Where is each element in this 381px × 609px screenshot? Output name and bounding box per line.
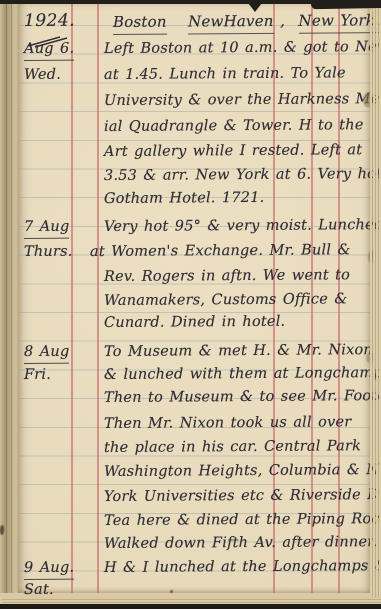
entry-day: Fri. <box>24 366 51 385</box>
binding-edge <box>0 4 18 593</box>
diary-line: at Women's Exchange. Mr. Bull & <box>90 241 351 262</box>
diary-line: Gotham Hotel. 1721. <box>104 189 265 209</box>
diary-line: Left Boston at 10 a.m. & got to NewHaven <box>104 38 381 59</box>
diary-line: Wanamakers, Customs Office & <box>104 290 348 311</box>
diary-photo: 1924. Boston NewHaven , New York. Aug 6.… <box>0 0 381 609</box>
diary-line: & lunched with them at Longchamps. <box>104 364 381 385</box>
diary-line: Tea here & dined at the Piping Rock <box>104 510 381 531</box>
route-title-comma: , <box>280 12 285 31</box>
route-title-part: Boston <box>113 13 167 35</box>
margin-line-left-1 <box>71 4 73 593</box>
diary-line: Cunard. Dined in hotel. <box>104 313 285 333</box>
diary-line: the place in his car. Central Park <box>104 437 361 458</box>
diary-line: Art gallery while I rested. Left at <box>104 141 362 162</box>
diary-line: York Universities etc & Riverside Drive <box>104 486 381 507</box>
diary-line: Very hot 95° & very moist. Lunched <box>104 216 381 237</box>
diary-line: Then to Museum & to see Mr. Foote. <box>104 387 381 408</box>
entry-date: Aug 6. <box>24 40 74 61</box>
diary-line: Washington Heights, Columbia & New <box>104 461 381 482</box>
year-label: 1924. <box>24 12 75 31</box>
entry-date: 8 Aug <box>24 343 70 364</box>
entry-date: 7 Aug <box>24 218 70 239</box>
diary-page: 1924. Boston NewHaven , New York. Aug 6.… <box>18 4 370 593</box>
diary-line: at 1.45. Lunch in train. To Yale <box>104 64 346 85</box>
entry-day: Thurs. <box>24 243 73 262</box>
photo-backdrop-top-right <box>311 0 381 9</box>
page-stack-edge-right <box>370 6 381 597</box>
diary-line: Rev. Rogers in aftn. We went to <box>104 266 350 287</box>
photo-backdrop-notch <box>248 3 262 12</box>
route-title-part: NewHaven <box>188 12 274 35</box>
diary-line: ial Quadrangle & Tower. H to the <box>104 116 364 137</box>
diary-line: Then Mr. Nixon took us all over <box>104 413 351 434</box>
diary-line: To Museum & met H. & Mr. Nixon <box>104 341 373 362</box>
photo-backdrop-bottom <box>0 604 381 609</box>
binding-crease <box>6 4 7 593</box>
diary-line: H & I lunched at the Longchamps & <box>104 557 381 578</box>
notebook: 1924. Boston NewHaven , New York. Aug 6.… <box>0 4 381 604</box>
diary-line: University & over the Harkness Memor- <box>104 90 381 111</box>
diary-line: 3.53 & arr. New York at 6. Very hot. <box>104 165 381 186</box>
entry-date: 9 Aug. <box>24 559 74 580</box>
margin-line-left-2 <box>97 4 99 593</box>
binding-crease <box>11 4 12 593</box>
entry-day: Wed. <box>24 66 61 85</box>
route-title: Boston NewHaven , New York. <box>113 11 380 35</box>
route-title-part: New York. <box>298 11 380 34</box>
diary-line: Walked down Fifth Av. after dinner. <box>104 533 378 554</box>
